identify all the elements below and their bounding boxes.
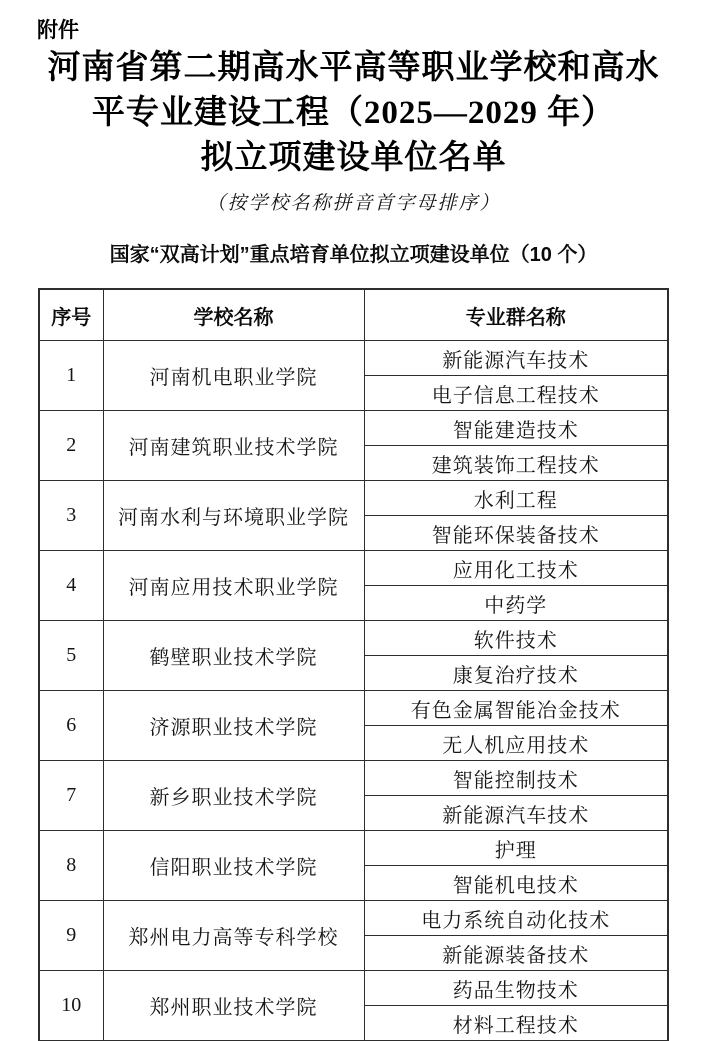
school-name-cell: 郑州电力高等专科学校 <box>103 901 364 971</box>
specialty-group-cell: 新能源汽车技术 <box>364 341 668 376</box>
row-number-cell: 1 <box>39 341 103 411</box>
row-number-cell: 3 <box>39 481 103 551</box>
specialty-group-cell: 智能环保装备技术 <box>364 516 668 551</box>
header-cell-serial: 序号 <box>39 289 103 341</box>
document-page: 附件 河南省第二期高水平高等职业学校和高水 平专业建设工程（2025—2029 … <box>0 0 707 1041</box>
specialty-group-cell: 应用化工技术 <box>364 551 668 586</box>
school-name-cell: 新乡职业技术学院 <box>103 761 364 831</box>
school-name-cell: 河南建筑职业技术学院 <box>103 411 364 481</box>
school-roster-table: 序号 学校名称 专业群名称 1 河南机电职业学院 新能源汽车技术 电子信息工程技… <box>38 288 669 1041</box>
attachment-label: 附件 <box>37 14 79 44</box>
row-number-cell: 2 <box>39 411 103 481</box>
sort-note-subtitle: （按学校名称拼音首字母排序） <box>0 188 707 215</box>
school-name-cell: 河南水利与环境职业学院 <box>103 481 364 551</box>
table-row: 3 河南水利与环境职业学院 水利工程 <box>39 481 668 516</box>
table-body: 1 河南机电职业学院 新能源汽车技术 电子信息工程技术 2 河南建筑职业技术学院… <box>39 341 668 1041</box>
row-number-cell: 7 <box>39 761 103 831</box>
row-number-cell: 6 <box>39 691 103 761</box>
table-row: 10 郑州职业技术学院 药品生物技术 <box>39 971 668 1006</box>
row-number-cell: 4 <box>39 551 103 621</box>
specialty-group-cell: 康复治疗技术 <box>364 656 668 691</box>
table-row: 7 新乡职业技术学院 智能控制技术 <box>39 761 668 796</box>
row-number-cell: 10 <box>39 971 103 1041</box>
school-name-cell: 鹤壁职业技术学院 <box>103 621 364 691</box>
row-number-cell: 9 <box>39 901 103 971</box>
specialty-group-cell: 材料工程技术 <box>364 1006 668 1041</box>
school-name-cell: 信阳职业技术学院 <box>103 831 364 901</box>
table-row: 2 河南建筑职业技术学院 智能建造技术 <box>39 411 668 446</box>
row-number-cell: 8 <box>39 831 103 901</box>
specialty-group-cell: 护理 <box>364 831 668 866</box>
specialty-group-cell: 智能控制技术 <box>364 761 668 796</box>
specialty-group-cell: 新能源汽车技术 <box>364 796 668 831</box>
table-header: 序号 学校名称 专业群名称 <box>39 289 668 341</box>
title-line-3: 拟立项建设单位名单 <box>0 136 707 181</box>
table-row: 1 河南机电职业学院 新能源汽车技术 <box>39 341 668 376</box>
specialty-group-cell: 水利工程 <box>364 481 668 516</box>
table-row: 8 信阳职业技术学院 护理 <box>39 831 668 866</box>
specialty-group-cell: 智能机电技术 <box>364 866 668 901</box>
specialty-group-cell: 中药学 <box>364 586 668 621</box>
specialty-group-cell: 电子信息工程技术 <box>364 376 668 411</box>
table-row: 5 鹤壁职业技术学院 软件技术 <box>39 621 668 656</box>
table-row: 4 河南应用技术职业学院 应用化工技术 <box>39 551 668 586</box>
header-cell-specialty: 专业群名称 <box>364 289 668 341</box>
school-name-cell: 河南应用技术职业学院 <box>103 551 364 621</box>
title-line-1: 河南省第二期高水平高等职业学校和高水 <box>0 46 707 91</box>
row-number-cell: 5 <box>39 621 103 691</box>
specialty-group-cell: 新能源装备技术 <box>364 936 668 971</box>
table-row: 6 济源职业技术学院 有色金属智能冶金技术 <box>39 691 668 726</box>
specialty-group-cell: 无人机应用技术 <box>364 726 668 761</box>
school-name-cell: 河南机电职业学院 <box>103 341 364 411</box>
header-cell-school: 学校名称 <box>103 289 364 341</box>
document-title: 河南省第二期高水平高等职业学校和高水 平专业建设工程（2025—2029 年） … <box>0 46 707 181</box>
section-heading: 国家“双高计划”重点培育单位拟立项建设单位（10 个） <box>0 238 707 267</box>
specialty-group-cell: 建筑装饰工程技术 <box>364 446 668 481</box>
specialty-group-cell: 软件技术 <box>364 621 668 656</box>
school-name-cell: 济源职业技术学院 <box>103 691 364 761</box>
table-header-row: 序号 学校名称 专业群名称 <box>39 289 668 341</box>
table-row: 9 郑州电力高等专科学校 电力系统自动化技术 <box>39 901 668 936</box>
specialty-group-cell: 药品生物技术 <box>364 971 668 1006</box>
school-name-cell: 郑州职业技术学院 <box>103 971 364 1041</box>
specialty-group-cell: 电力系统自动化技术 <box>364 901 668 936</box>
title-line-2: 平专业建设工程（2025—2029 年） <box>0 91 707 136</box>
specialty-group-cell: 有色金属智能冶金技术 <box>364 691 668 726</box>
specialty-group-cell: 智能建造技术 <box>364 411 668 446</box>
